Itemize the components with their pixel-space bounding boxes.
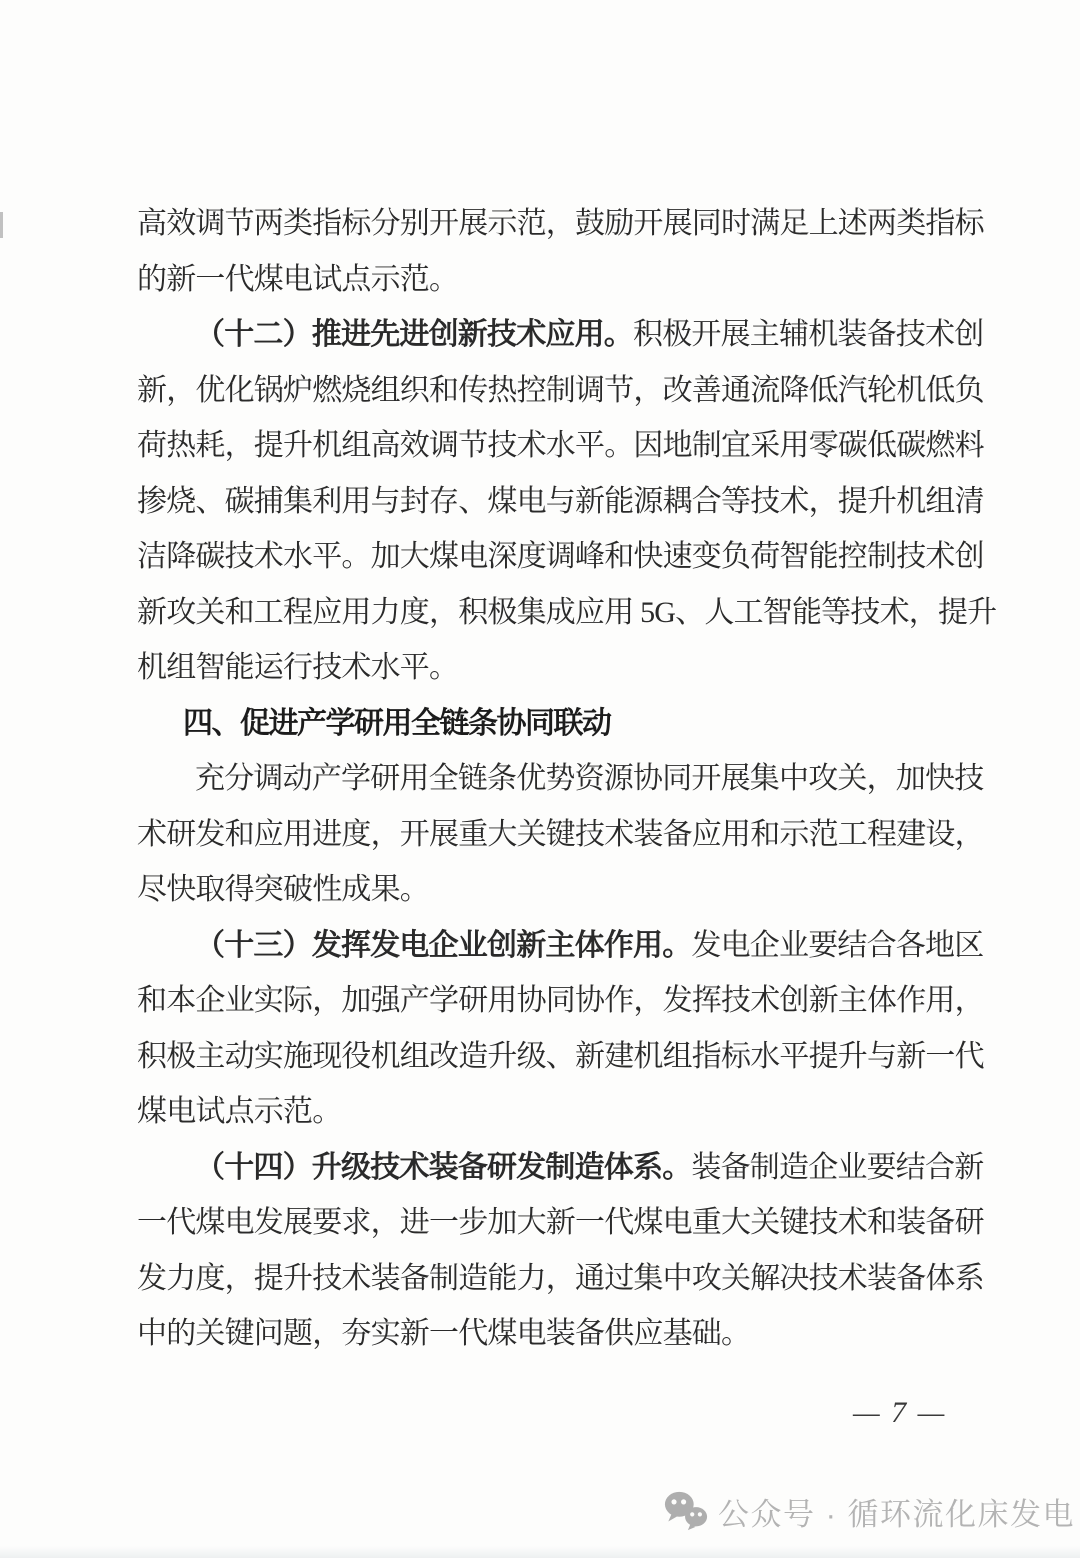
text-line: 发力度，提升技术装备制造能力，通过集中攻关解决技术装备体系 [137, 1251, 997, 1307]
text-segment: 新攻关和工程应用力度，积极集成应用 5G、人工智能等技术，提升 [137, 596, 996, 629]
text-segment: 发电企业要结合各地区 [691, 929, 983, 962]
text-segment: 一代煤电发展要求，进一步加大新一代煤电重大关键技术和装备研 [137, 1206, 984, 1239]
text-segment: 发力度，提升技术装备制造能力，通过集中攻关解决技术装备体系 [137, 1262, 984, 1295]
text-line: 煤电试点示范。 [137, 1084, 997, 1140]
text-segment: 新，优化锅炉燃烧组织和传热控制调节，改善通流降低汽轮机低负 [137, 374, 984, 407]
section-heading: 四、促进产学研用全链条协同联动 [137, 696, 997, 752]
document-body: 高效调节两类指标分别开展示范，鼓励开展同时满足上述两类指标的新一代煤电试点示范。… [137, 196, 997, 1362]
text-line: 术研发和应用进度，开展重大关键技术装备应用和示范工程建设， [137, 807, 997, 863]
text-segment: 的新一代煤电试点示范。 [137, 263, 458, 296]
text-segment: 荷热耗，提升机组高效调节技术水平。因地制宜采用零碳低碳燃料 [137, 429, 984, 462]
clause-title: （十四）升级技术装备研发制造体系。 [195, 1151, 691, 1184]
text-segment: 尽快取得突破性成果。 [137, 873, 429, 906]
clause-title: （十二）推进先进创新技术应用。 [195, 318, 633, 351]
watermark: 公众号 · 循环流化床发电 [663, 1488, 1075, 1534]
photo-bottom-edge [0, 1546, 1080, 1558]
text-line: 掺烧、碳捕集利用与封存、煤电与新能源耦合等技术，提升机组清 [137, 474, 997, 530]
text-segment: 四、促进产学研用全链条协同联动 [183, 707, 611, 740]
text-line: 和本企业实际，加强产学研用协同协作，发挥技术创新主体作用， [137, 973, 997, 1029]
text-line: 尽快取得突破性成果。 [137, 862, 997, 918]
text-segment: 和本企业实际，加强产学研用协同协作，发挥技术创新主体作用， [137, 984, 984, 1017]
page-number: — 7 — [853, 1396, 946, 1430]
text-line: 积极主动实施现役机组改造升级、新建机组指标水平提升与新一代 [137, 1029, 997, 1085]
text-line: 充分调动产学研用全链条优势资源协同开展集中攻关，加快技 [137, 751, 997, 807]
text-line: 一代煤电发展要求，进一步加大新一代煤电重大关键技术和装备研 [137, 1195, 997, 1251]
text-line: 新，优化锅炉燃烧组织和传热控制调节，改善通流降低汽轮机低负 [137, 363, 997, 419]
text-line: 新攻关和工程应用力度，积极集成应用 5G、人工智能等技术，提升 [137, 585, 997, 641]
text-segment: 充分调动产学研用全链条优势资源协同开展集中攻关，加快技 [195, 762, 983, 795]
text-segment: 机组智能运行技术水平。 [137, 651, 458, 684]
scan-edge-artifact [0, 212, 3, 238]
text-segment: 装备制造企业要结合新 [691, 1151, 983, 1184]
text-line: （十二）推进先进创新技术应用。积极开展主辅机装备技术创 [137, 307, 997, 363]
text-line: 的新一代煤电试点示范。 [137, 252, 997, 308]
watermark-label: 公众号 · 循环流化床发电 [718, 1489, 1075, 1534]
text-segment: 积极主动实施现役机组改造升级、新建机组指标水平提升与新一代 [137, 1040, 984, 1073]
text-segment: 掺烧、碳捕集利用与封存、煤电与新能源耦合等技术，提升机组清 [137, 485, 984, 518]
text-segment: 煤电试点示范。 [137, 1095, 341, 1128]
wechat-icon [663, 1490, 709, 1532]
text-line: 机组智能运行技术水平。 [137, 640, 997, 696]
text-line: 洁降碳技术水平。加大煤电深度调峰和快速变负荷智能控制技术创 [137, 529, 997, 585]
text-segment: 洁降碳技术水平。加大煤电深度调峰和快速变负荷智能控制技术创 [137, 540, 984, 573]
text-segment: 高效调节两类指标分别开展示范，鼓励开展同时满足上述两类指标 [137, 207, 984, 240]
text-line: 高效调节两类指标分别开展示范，鼓励开展同时满足上述两类指标 [137, 196, 997, 252]
scanned-document-page: 高效调节两类指标分别开展示范，鼓励开展同时满足上述两类指标的新一代煤电试点示范。… [0, 0, 1080, 1558]
text-segment: 中的关键问题，夯实新一代煤电装备供应基础。 [137, 1317, 750, 1350]
text-line: 荷热耗，提升机组高效调节技术水平。因地制宜采用零碳低碳燃料 [137, 418, 997, 474]
clause-title: （十三）发挥发电企业创新主体作用。 [195, 929, 691, 962]
text-line: （十三）发挥发电企业创新主体作用。发电企业要结合各地区 [137, 918, 997, 974]
text-line: 中的关键问题，夯实新一代煤电装备供应基础。 [137, 1306, 997, 1362]
text-segment: 积极开展主辅机装备技术创 [633, 318, 983, 351]
text-segment: 术研发和应用进度，开展重大关键技术装备应用和示范工程建设， [137, 818, 984, 851]
text-line: （十四）升级技术装备研发制造体系。装备制造企业要结合新 [137, 1140, 997, 1196]
